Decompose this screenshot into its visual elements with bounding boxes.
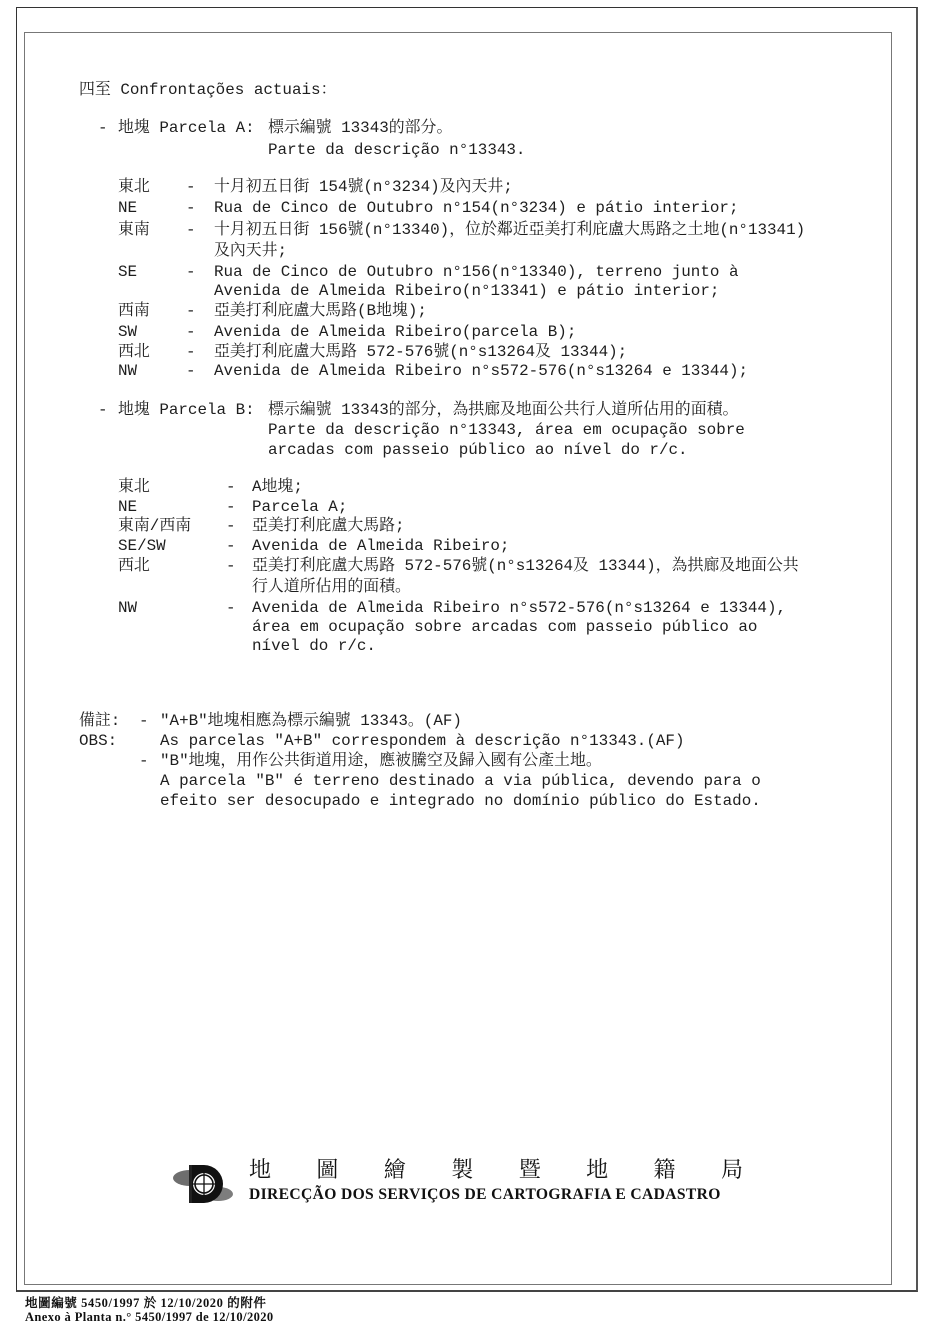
confrontation-text: 亞美打利庇盧大馬路 572-576號(n°s13264及 13344)，為拱廊及… [252,556,799,576]
dash: - [139,711,149,731]
direction-label: SE [118,262,137,282]
direction-label: NW [118,361,137,381]
agency-name-pt: DIRECÇÃO DOS SERVIÇOS DE CARTOGRAFIA E C… [249,1186,721,1204]
note-text-pt: A parcela "B" é terreno destinado a via … [160,771,761,791]
dash: - [226,477,236,497]
direction-label: SE/SW [118,536,166,556]
dash: - [186,198,196,218]
confrontation-text: 亞美打利庇盧大馬路(B地塊); [214,301,427,321]
dash: - [139,751,149,771]
notes-label-cn: 備註: [79,711,120,731]
direction-label: 西南 [118,301,150,321]
direction-label: 東南/西南 [118,516,191,536]
agency-char: 地 [586,1158,608,1184]
parcel-b-description-pt: Parte da descrição n°13343, área em ocup… [268,420,745,440]
dash: - [186,342,196,362]
parcel-a-label: 地塊 Parcela A: [118,118,255,138]
direction-label: 西北 [118,342,150,362]
confrontation-text: 行人道所佔用的面積。 [252,577,411,597]
direction-label: 東北 [118,177,150,197]
dash: - [226,536,236,556]
confrontation-text: Avenida de Almeida Ribeiro; [252,536,509,556]
confrontation-text: Avenida de Almeida Ribeiro n°s572-576(n°… [252,598,786,618]
dash: - [186,262,196,282]
confrontation-text: nível do r/c. [252,636,376,656]
note-text-pt: efeito ser desocupado e integrado no dom… [160,791,761,811]
dash: - [186,220,196,240]
direction-label: NE [118,497,137,517]
section-heading: 四至 Confrontações actuais： [79,80,336,100]
confrontation-text: área em ocupação sobre arcadas com passe… [252,617,757,637]
direction-label: 東北 [118,477,150,497]
agency-char: 局 [721,1158,743,1184]
confrontation-text: Avenida de Almeida Ribeiro(parcela B); [214,322,576,342]
dash: - [186,301,196,321]
agency-name-cn: 地 圖 繪 製 暨 地 籍 局 [249,1158,743,1184]
dash: - [226,516,236,536]
confrontation-text: A地塊; [252,477,303,497]
note-text-pt: As parcelas "A+B" correspondem à descriç… [160,731,684,751]
parcel-b-description-pt: arcadas com passeio público ao nível do … [268,440,688,460]
agency-char: 暨 [519,1158,541,1184]
dash: - [186,361,196,381]
dash: - [186,177,196,197]
confrontation-text: Parcela A; [252,497,347,517]
confrontation-text: Avenida de Almeida Ribeiro n°s572-576(n°… [214,361,748,381]
agency-char: 籍 [654,1158,676,1184]
confrontation-text: 十月初五日街 156號(n°13340)，位於鄰近亞美打利庇盧大馬路之土地(n°… [214,220,805,240]
dash: - [186,322,196,342]
confrontation-text: 及內天井; [214,241,287,261]
parcel-b-description-cn: 標示編號 13343的部分，為拱廊及地面公共行人道所佔用的面積。 [268,400,738,420]
direction-label: 西北 [118,556,150,576]
parcel-a-description-cn: 標示編號 13343的部分。 [268,118,452,138]
note-text-cn: "B"地塊，用作公共街道用途，應被騰空及歸入國有公產土地。 [160,751,602,771]
annex-reference-pt: Anexo à Planta n.° 5450/1997 de 12/10/20… [25,1310,274,1325]
confrontation-text: 亞美打利庇盧大馬路; [252,516,405,536]
confrontation-text: Rua de Cinco de Outubro n°154(n°3234) e … [214,198,738,218]
direction-label: NE [118,198,137,218]
confrontation-text: Avenida de Almeida Ribeiro(n°13341) e pá… [214,281,719,301]
notes-label-pt: OBS: [79,731,117,751]
parcel-b-bullet: - [98,400,108,420]
agency-char: 圖 [316,1158,338,1184]
annex-reference-cn: 地圖編號 5450/1997 於 12/10/2020 的附件 [25,1296,267,1311]
agency-char: 地 [249,1158,271,1184]
parcel-b-label: 地塊 Parcela B: [118,400,255,420]
parcel-a-description-pt: Parte da descrição n°13343. [268,140,525,160]
note-text-cn: "A+B"地塊相應為標示編號 13343。(AF) [160,711,462,731]
agency-char: 製 [451,1158,473,1184]
confrontation-text: Rua de Cinco de Outubro n°156(n°13340), … [214,262,738,282]
direction-label: SW [118,322,137,342]
dash: - [226,598,236,618]
agency-char: 繪 [384,1158,406,1184]
direction-label: 東南 [118,220,150,240]
dash: - [226,556,236,576]
dash: - [226,497,236,517]
parcel-a-bullet: - [98,118,108,138]
confrontation-text: 亞美打利庇盧大馬路 572-576號(n°s13264及 13344); [214,342,627,362]
confrontation-text: 十月初五日街 154號(n°3234)及內天井; [214,177,513,197]
direction-label: NW [118,598,137,618]
dscc-logo-icon [172,1160,234,1210]
